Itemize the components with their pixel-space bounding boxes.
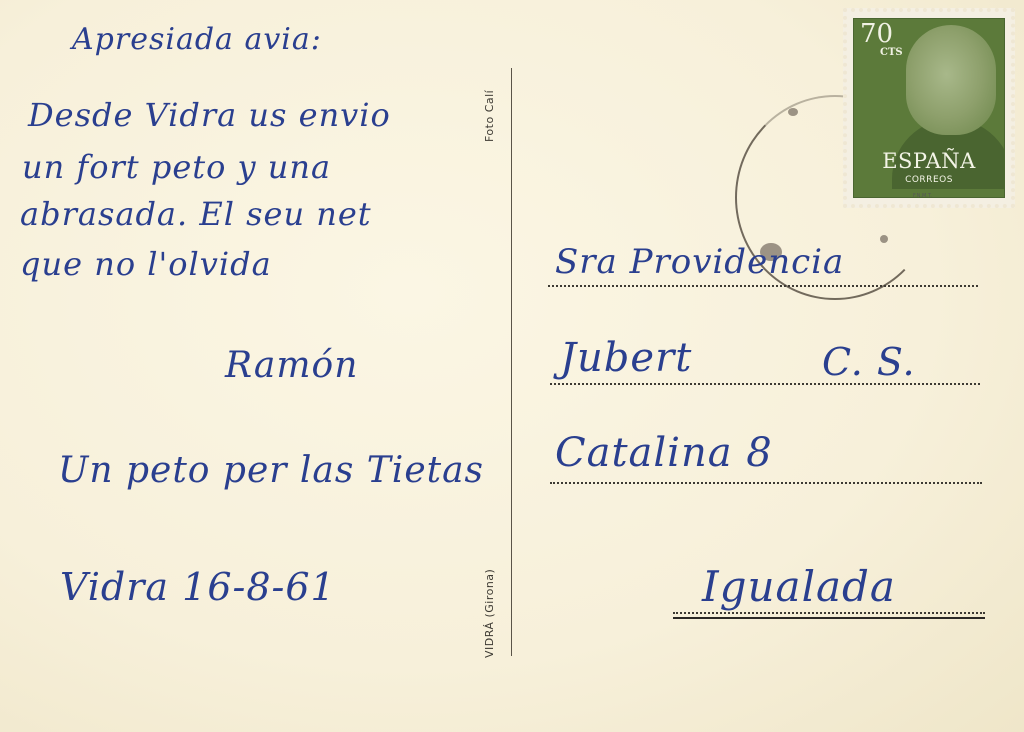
message-line-2: un fort peto y una <box>22 148 331 186</box>
address-recipient: Sra Providencia <box>555 242 844 282</box>
message-postscript: Un peto per las Tietas <box>58 450 484 491</box>
center-divider <box>511 68 512 656</box>
address-suffix: C. S. <box>822 340 916 384</box>
stamp-portrait-head <box>906 25 996 135</box>
address-line-1-rule <box>548 285 978 287</box>
address-line-3-rule <box>550 482 982 484</box>
postmark-smudge <box>788 108 798 116</box>
postage-stamp: 70 CTS ESPAÑA CORREOS <box>843 8 1015 208</box>
address-surname: Jubert <box>560 335 692 381</box>
stamp-country: ESPAÑA <box>854 149 1004 173</box>
stamp-value: 70 <box>860 21 893 47</box>
postcard-back: Apresiada avia: Desde Vidra us envio un … <box>0 0 1024 732</box>
address-city: Igualada <box>702 562 896 611</box>
stamp-service: CORREOS <box>854 175 1004 185</box>
address-line-4-rule <box>673 612 985 614</box>
location-caption: VIDRÁ (Girona) <box>483 569 496 658</box>
message-line-3: abrasada. El seu net <box>20 195 372 233</box>
address-line-4-underline <box>673 617 985 619</box>
message-place-date: Vidra 16-8-61 <box>60 565 336 609</box>
stamp-printer: F.N.M.T. <box>913 193 932 199</box>
stamp-design: 70 CTS ESPAÑA CORREOS <box>853 18 1005 198</box>
message-greeting: Apresiada avia: <box>72 22 322 57</box>
photographer-credit: Foto Calí <box>483 90 496 142</box>
stamp-unit: CTS <box>880 47 903 58</box>
message-signature: Ramón <box>225 345 358 386</box>
address-street: Catalina 8 <box>555 430 773 476</box>
postmark-smudge <box>880 235 888 243</box>
message-line-4: que no l'olvida <box>20 245 272 283</box>
message-line-1: Desde Vidra us envio <box>28 96 391 134</box>
